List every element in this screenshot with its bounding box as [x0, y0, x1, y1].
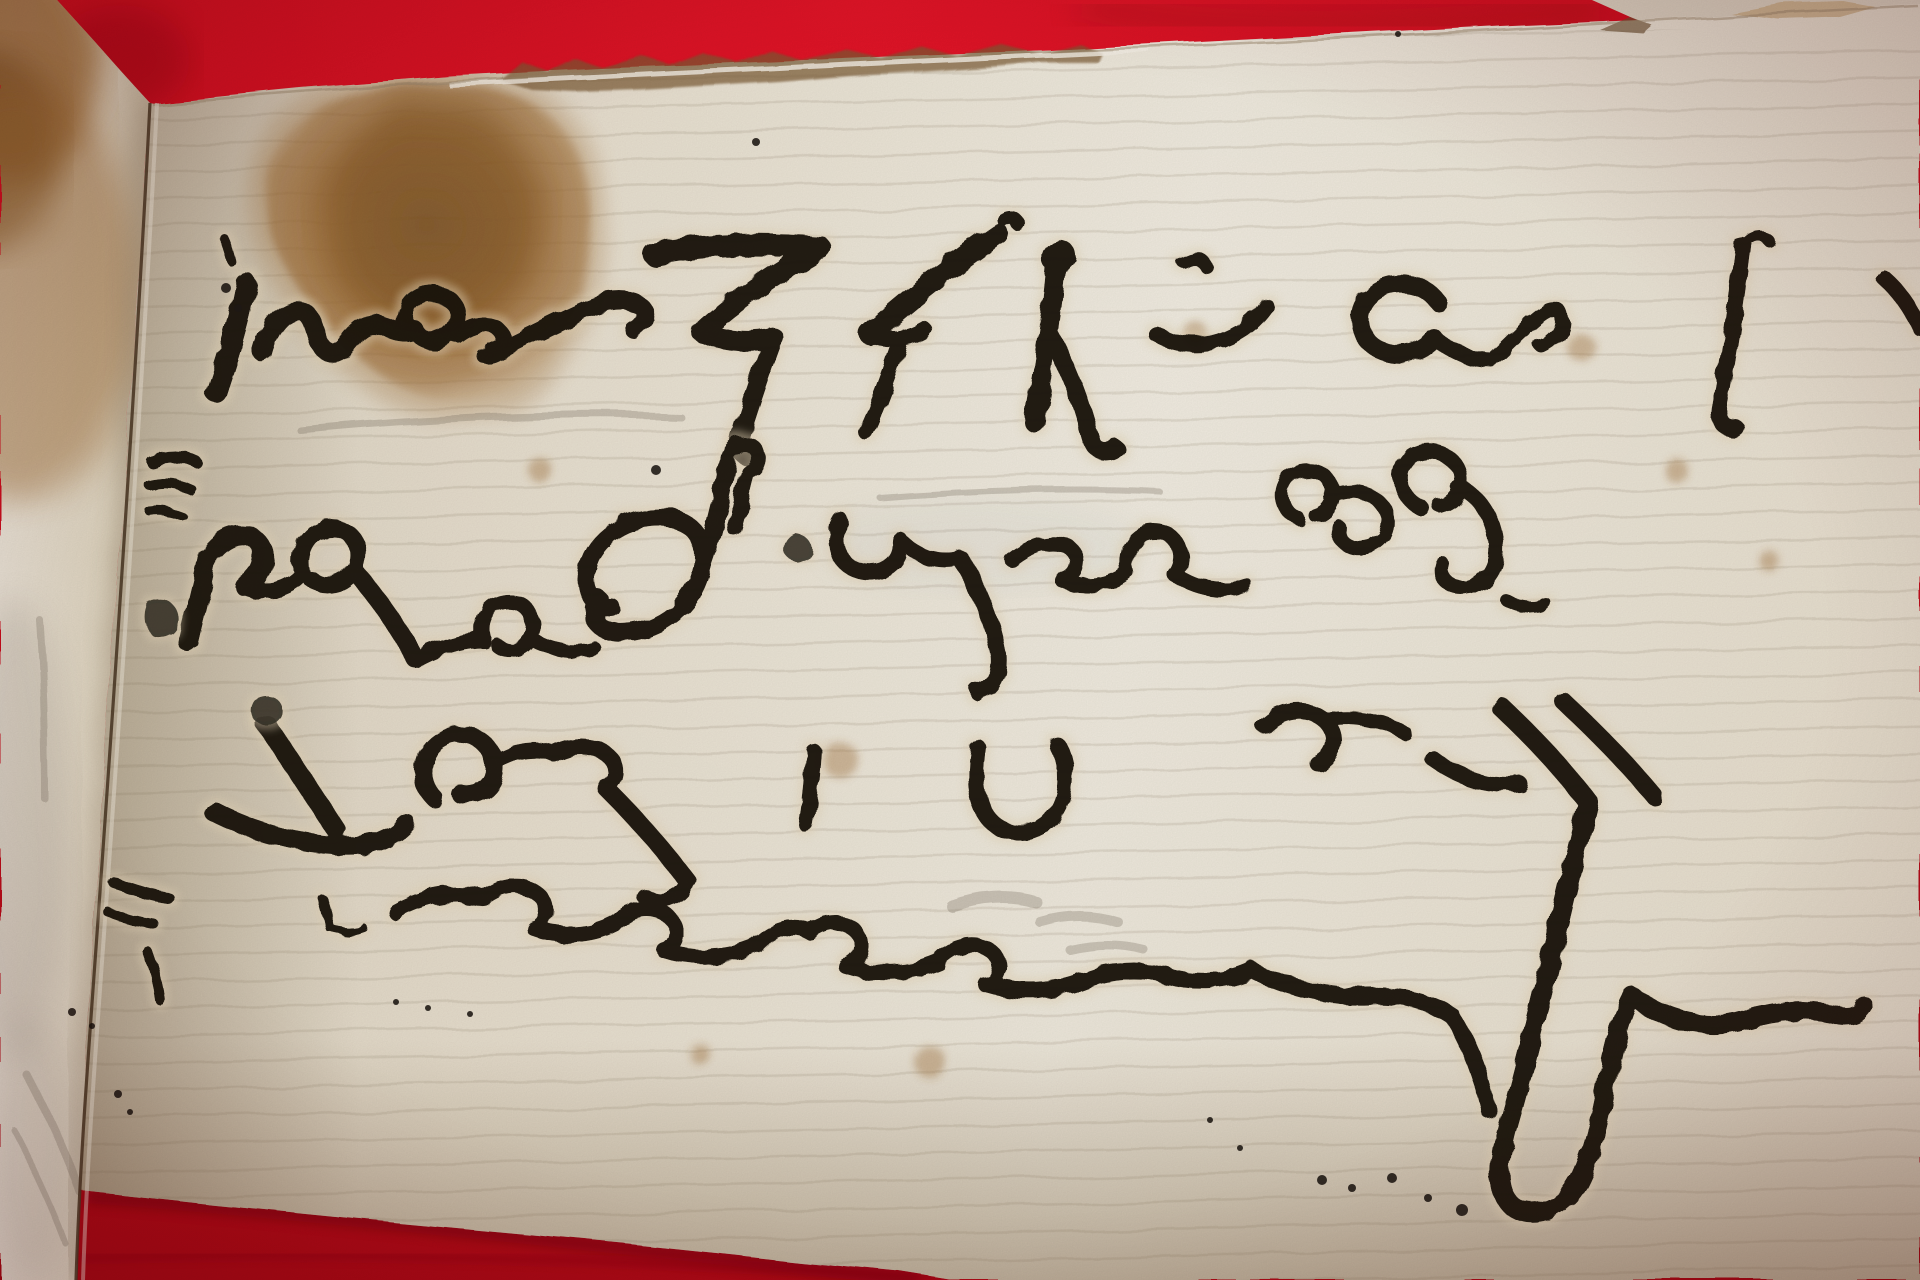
vignette — [0, 0, 1920, 1280]
photo-manuscript-on-red-cloth — [0, 0, 1920, 1280]
manuscript-photo-scene — [0, 0, 1920, 1280]
